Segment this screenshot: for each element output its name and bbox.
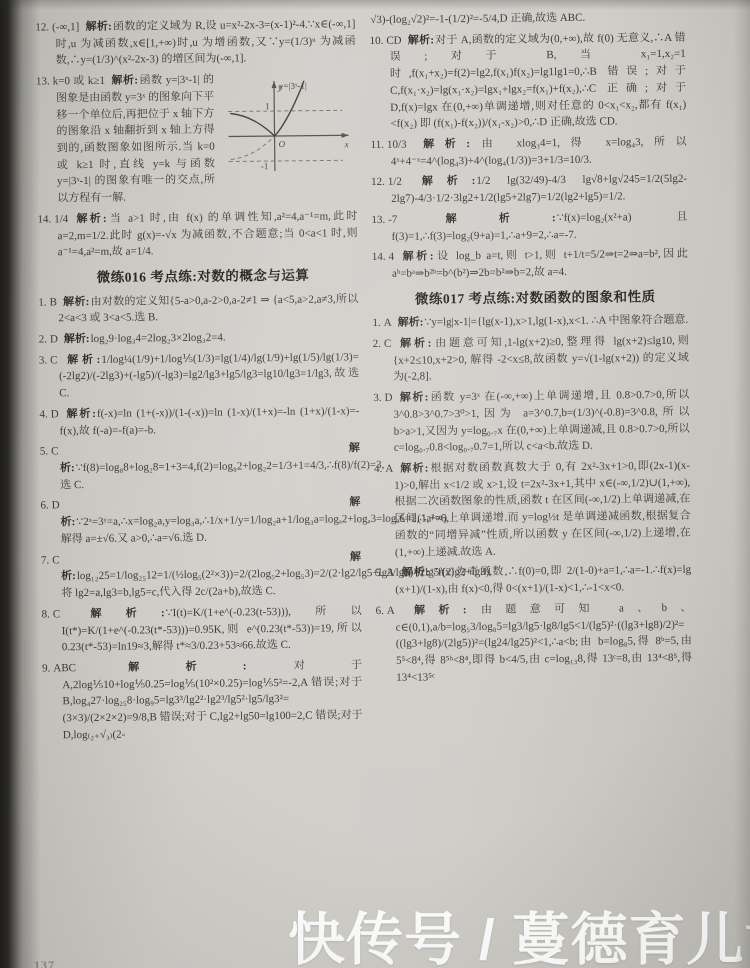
graph-slot: y=|3ˣ-1| y x O 1 -1 <box>214 70 357 179</box>
curve-label: y=|3ˣ-1| <box>279 81 307 91</box>
jiexi-label: 解析: <box>397 337 431 349</box>
dashed-line-y1 <box>228 110 342 111</box>
origin-label: O <box>279 139 286 149</box>
jiexi-label: 解析: <box>412 138 470 151</box>
item-answer: C <box>53 608 60 620</box>
item-answer: 1/2 <box>388 176 402 188</box>
solution-item: 9.ABC解析:对于 A,2log⅕10+log⅕0.25=log⅕(10²×0… <box>42 657 363 744</box>
item-text: √3)-(log₂√2)²=-1-(1/2)²=-5/4,D 正确,故选 ABC… <box>370 12 585 26</box>
jiexi-label: 解析: <box>64 333 90 345</box>
solution-item: 3.C解析:1/log¼(1/9)+1/log⅕(1/3)=lg(1/4)/lg… <box>39 349 360 403</box>
item-text: 函数 y=3ˣ 在(-∞,+∞)上单调递增,且 0.8>0.7>0,所以 3^0… <box>393 389 689 454</box>
jiexi-label: 解析: <box>398 392 428 404</box>
x-axis <box>229 135 349 136</box>
item-number: 4. <box>374 463 382 475</box>
solution-item: 2.C解析:由题意可知,1-lg(x+2)≥0,整理得 lg(x+2)≤lg10… <box>373 333 690 386</box>
solution-item: 3.D解析:函数 y=3ˣ 在(-∞,+∞)上单调递增,且 0.8>0.7>0,… <box>373 387 690 457</box>
dashed-curve <box>231 136 275 159</box>
item-number: 6. <box>375 605 383 617</box>
item-answer: A <box>386 567 394 579</box>
item-answer: C <box>51 446 58 458</box>
solution-item: 6.A解析:由题意可知 a、b、c∈(0,1),a/b=log₅3/log₈5=… <box>375 599 692 686</box>
solution-item: 4.D解析:f(-x)=ln (1+(-x))/(1-(-x))=ln (1-x… <box>39 403 359 440</box>
jiexi-label: 解析: <box>408 34 435 46</box>
item-text: 根据对数函数真数大于 0,有 2x²-3x+1>0,即(2x-1)(x-1)>0… <box>394 460 691 559</box>
item-answer: -7 <box>388 214 397 226</box>
jiexi-label: 解析: <box>400 251 434 263</box>
jiexi-label: 解析: <box>74 213 107 225</box>
item-number: 6. <box>40 500 48 512</box>
jiexi-label: 解析: <box>65 408 96 420</box>
jiexi-label: 解析: <box>82 660 247 674</box>
item-text: 微练017 考点练:对数函数的图象和性质 <box>415 289 656 307</box>
item-text: 对于 A,函数的定义域为(0,+∞),故 f(0) 无意义,∴A 错误;对于 B… <box>390 31 687 130</box>
book-page-photo: 12.(-∞,1]解析:函数的定义域为 R,设 u=x²-2x-3=(x-1)²… <box>0 0 750 968</box>
y-axis <box>274 81 275 171</box>
tick-neg1: -1 <box>261 161 269 171</box>
solution-item: 13.-7解析:∵f(x)=log₂(x²+a) 且 f(3)=1,∴f(3)=… <box>371 209 687 246</box>
item-text: f(-x)=ln (1+(-x))/(1-(-x))=ln (1-x)/(1+x… <box>60 405 360 437</box>
dashed-line-y-neg1 <box>229 160 343 161</box>
item-answer: D <box>51 408 59 420</box>
solution-item: √3)-(log₂√2)²=-1-(1/2)²=-5/4,D 正确,故选 ABC… <box>369 9 685 29</box>
item-number: 8. <box>41 608 49 620</box>
item-number: 5. <box>375 567 383 579</box>
jiexi-label: 解析: <box>66 607 165 620</box>
jiexi-label: 解析: <box>408 175 476 188</box>
item-answer: D <box>384 392 392 404</box>
item-text: ∵f(8)=log₈8+log₂8=1+3=4,f(2)=log₈2+log₂2… <box>60 459 384 491</box>
item-answer: C <box>52 554 59 566</box>
jiexi-label: 解析: <box>63 296 90 308</box>
solution-item: 5.C解析:∵f(8)=log₈8+log₂8=1+3=4,f(2)=log₈2… <box>40 440 361 494</box>
solution-item: 14.1/4解析:当 a>1 时,由 f(x) 的单调性知,a²=4,a⁻¹=m… <box>37 208 358 262</box>
item-text: log₂9·log₃4=2log₂3×2log₃2=4. <box>90 332 225 345</box>
jiexi-label: 解析: <box>398 317 424 329</box>
left-column: 12.(-∞,1]解析:函数的定义域为 R,设 u=x²-2x-3=(x-1)²… <box>35 16 363 748</box>
item-answer: D <box>50 333 58 345</box>
solution-item: 8.C解析:∵I(t)=K/(1+e^(-0.23(t-53))),所以 I(t… <box>41 603 362 657</box>
watermark: 快传号 / 蔓德育儿说 <box>288 894 750 968</box>
item-answer: B <box>49 296 56 308</box>
item-number: 1. <box>372 317 380 329</box>
item-number: 7. <box>41 554 49 566</box>
solution-item: 微练017 考点练:对数函数的图象和性质 <box>372 286 688 310</box>
item-text: ∵f(x)为奇函数,∴f(0)=0,即 2/(1-0)+a=1,∴a=-1.∴f… <box>395 564 691 596</box>
page-left-shadow <box>0 0 40 968</box>
item-number: 4. <box>39 408 47 420</box>
item-text: ∵y=lg|x-1|={lg(x-1),x>1,lg(1-x),x<1. ∴A … <box>424 314 688 329</box>
item-number: 2. <box>373 338 381 350</box>
item-text: 1/log¼(1/9)+1/log⅕(1/3)=lg(1/4)/lg(1/9)+… <box>59 351 359 400</box>
solution-item: 4.A解析:根据对数函数真数大于 0,有 2x²-3x+1>0,即(2x-1)(… <box>374 458 691 562</box>
solution-item: 11.10/3解析:由 xlog₃4=1,得 x=log₄3,所以 4ˣ+4⁻ˣ… <box>371 134 687 171</box>
item-answer: 1/4 <box>54 213 68 225</box>
item-text: 微练016 考点练:对数的概念与运算 <box>97 268 310 285</box>
item-answer: A <box>387 605 395 617</box>
item-answer: (-∞,1] <box>52 21 79 33</box>
x-axis-arrow <box>342 133 349 138</box>
item-number: 14. <box>372 251 386 263</box>
solution-item: 1.B解析:由对数的定义知{5-a>0,a-2>0,a-2≠1 ⇒ {a<5,a… <box>38 291 358 328</box>
item-answer: 10/3 <box>387 139 407 151</box>
item-number: 13. <box>371 214 385 226</box>
item-answer: C <box>50 354 57 366</box>
jiexi-label: 解析: <box>400 567 430 579</box>
item-number: 10. <box>369 35 383 47</box>
solution-item: 2.D解析:log₂9·log₃4=2log₂3×2log₃2=4. <box>39 328 359 348</box>
solution-item: 1.A解析:∵y=lg|x-1|={lg(x-1),x>1,lg(1-x),x<… <box>372 312 688 332</box>
item-text: 由对数的定义知{5-a>0,a-2>0,a-2≠1 ⇒ {a<5,a>2,a≠3… <box>58 293 358 325</box>
jiexi-label: 解析: <box>111 75 138 87</box>
right-column: √3)-(log₂√2)²=-1-(1/2)²=-5/4,D 正确,故选 ABC… <box>369 9 692 691</box>
jiexi-label: 解析: <box>399 462 428 474</box>
item-answer: A <box>384 317 392 329</box>
solution-item: 12.(-∞,1]解析:函数的定义域为 R,设 u=x²-2x-3=(x-1)²… <box>35 16 356 70</box>
jiexi-label: 解析: <box>401 604 467 617</box>
solution-item: 6.D解析:∵2ˣ=3ʸ=a,∴x=log₂a,y=log₃a,∴1/x+1/y… <box>40 495 361 549</box>
function-graph-13: y=|3ˣ-1| y x O 1 -1 <box>222 72 357 177</box>
solution-item: y=|3ˣ-1| y x O 1 -1 13.k=0 或 k≥1解析:函数 y=… <box>36 70 357 207</box>
item-answer: k=0 或 k≥1 <box>53 75 105 88</box>
item-number: 3. <box>39 354 47 366</box>
item-number: 9. <box>42 662 50 674</box>
solution-item: 14.4解析:设 log_b a=t,则 t>1,则 t+1/t=5/2⇒t=2… <box>372 246 688 283</box>
item-text: 由题意可知,1-lg(x+2)≥0,整理得 lg(x+2)≤lg10,则{x+2… <box>393 335 689 384</box>
x-axis-label: x <box>344 139 349 149</box>
solution-item: 10.CD解析:对于 A,函数的定义域为(0,+∞),故 f(0) 无意义,∴A… <box>369 29 686 133</box>
item-answer: A <box>385 463 393 475</box>
item-number: 12. <box>371 176 385 188</box>
page-content: 12.(-∞,1]解析:函数的定义域为 R,设 u=x²-2x-3=(x-1)²… <box>0 0 750 968</box>
solution-item: 5.A解析:∵f(x)为奇函数,∴f(0)=0,即 2/(1-0)+a=1,∴a… <box>375 562 691 599</box>
item-number: 11. <box>371 139 384 151</box>
solution-item: 7.C解析:log₁₂25=1/log₂₅12=1/(½log₅(2²×3))=… <box>41 549 362 603</box>
item-answer: ABC <box>53 662 76 674</box>
photo-top-edge <box>0 0 750 10</box>
item-answer: D <box>52 500 60 512</box>
photo-right-edge <box>734 0 750 968</box>
item-answer: 4 <box>389 251 395 263</box>
tick-1: 1 <box>265 101 270 111</box>
jiexi-label: 解析: <box>63 354 100 366</box>
item-answer: C <box>384 338 391 350</box>
jiexi-label: 解析: <box>85 21 112 33</box>
item-text: 设 log_b a=t,则 t>1,则 t+1/t=5/2⇒t=2⇒a=b²,因… <box>392 248 688 280</box>
jiexi-label: 解析: <box>403 212 555 226</box>
y-axis-arrow <box>271 81 276 88</box>
item-text: 函数 y=|3ˣ-1| 的图象是由函数 y=3ˣ 的图象向下平移一个单位后,再把… <box>56 74 215 205</box>
item-number: 5. <box>40 446 48 458</box>
item-number: 3. <box>373 392 381 404</box>
solution-item: 12.1/2解析:1/2 lg(32/49)-4/3 lg√8+lg√245=1… <box>371 171 687 208</box>
y-axis-label: y <box>277 82 282 92</box>
item-answer: CD <box>386 34 401 46</box>
solution-item: 微练016 考点练:对数的概念与运算 <box>38 265 358 289</box>
